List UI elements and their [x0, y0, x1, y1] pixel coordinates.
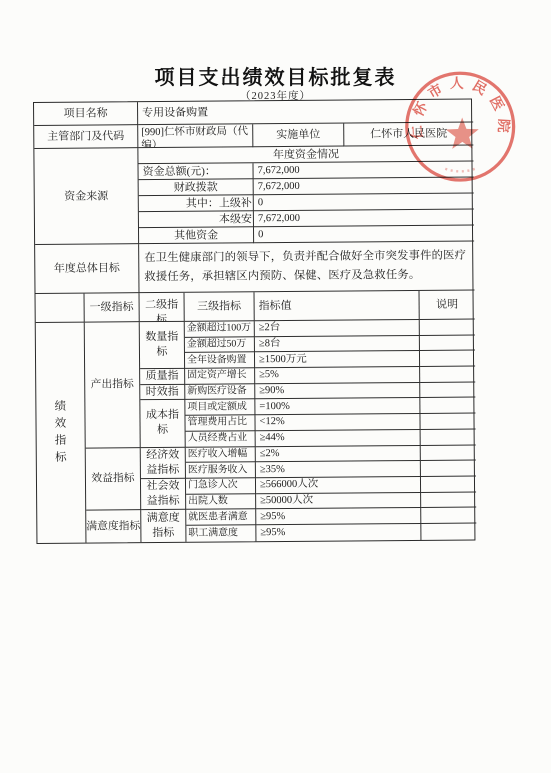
- indicator-value: ≥90%: [255, 383, 420, 400]
- level2-group-text: 满意度指标: [146, 511, 181, 541]
- indicator-note-cell: [420, 320, 475, 336]
- level2-group-quality: 质量指: [140, 369, 185, 385]
- department-label: 主管部门及代码: [34, 125, 138, 149]
- indicator-value: ≥2台: [255, 320, 420, 337]
- indicator-name: 就医患者满意: [186, 510, 256, 526]
- indicator-name: 职工满意度: [186, 525, 256, 541]
- form-table-wrapper: 项目名称 专用设备购置 主管部门及代码 [990]仁怀市财政局（代编） 实施单位…: [33, 99, 475, 544]
- indicator-value: ≥95%: [256, 524, 421, 541]
- indicator-note-cell: [421, 461, 476, 477]
- indicator-note-cell: [420, 382, 475, 398]
- indicator-header-note: 说明: [419, 291, 474, 320]
- document-title: 项目支出绩效目标批复表: [0, 61, 551, 90]
- indicator-note-cell: [420, 414, 475, 430]
- level2-group-social: 社会效益指标: [141, 479, 186, 511]
- performance-indicator-side-text: 绩效指标: [54, 399, 68, 467]
- indicator-value: ≤2%: [256, 445, 421, 462]
- funding-row-label: 其中：上级补: [139, 195, 254, 212]
- indicator-note-cell: [420, 367, 475, 383]
- level2-group-timeliness: 时效指: [140, 385, 185, 401]
- indicator-name: 管理费用占比: [185, 415, 255, 431]
- level2-group-text: 社会效益指标: [145, 479, 180, 509]
- annual-goal-label: 年度总体目标: [35, 244, 139, 294]
- impl-unit-value: 仁怀市人民医院: [344, 123, 473, 147]
- indicator-corner-cell: [36, 294, 85, 323]
- indicator-value: ≥95%: [256, 508, 421, 525]
- indicator-header-level1: 一级指标: [85, 293, 140, 322]
- level2-group-quantity: 数量指标: [140, 322, 185, 369]
- indicator-name: 门急诊人次: [186, 478, 256, 494]
- indicator-name: 人员经费占业: [186, 431, 256, 447]
- indicator-note-cell: [421, 492, 476, 508]
- indicator-value: <12%: [255, 414, 420, 431]
- indicator-name: 新购医疗设备: [185, 384, 255, 400]
- funding-row-label: 财政拨款: [139, 179, 254, 196]
- level1-group-benefit: 效益指标: [86, 448, 141, 511]
- indicator-header-level2-text: 二级指标: [144, 298, 179, 322]
- level2-group-satisfaction: 满意度指标: [141, 510, 186, 542]
- indicator-note-cell: [420, 398, 475, 414]
- scanned-document-page: 项目支出绩效目标批复表 （2023年度） 项目名称 专用设备购置 主管部门及代码…: [0, 0, 551, 773]
- indicator-note-cell: [421, 445, 476, 461]
- indicator-value: ≥1500万元: [255, 351, 420, 368]
- indicator-name: 项目或定额成: [185, 400, 255, 416]
- project-name-value: 专用设备购置: [138, 100, 473, 126]
- indicator-note-cell: [421, 429, 476, 445]
- level1-group-satisfaction: 满意度指标: [86, 510, 141, 542]
- indicator-value: ≥566000人次: [256, 477, 421, 494]
- level2-group-cost: 成本指标: [140, 400, 185, 447]
- level1-group-output: 产出指标: [85, 322, 141, 448]
- indicator-value: ≥35%: [256, 461, 421, 478]
- indicator-name: 医疗服务收入: [186, 462, 256, 478]
- indicator-name: 医疗收入增幅: [186, 447, 256, 463]
- indicator-value: ≥50000人次: [256, 493, 421, 510]
- indicator-name: 固定资产增长: [185, 368, 255, 384]
- level2-group-text: 数量指标: [144, 330, 179, 360]
- department-value: [990]仁怀市财政局（代编）: [138, 124, 253, 148]
- indicator-name: 金额超过100万: [185, 321, 255, 337]
- indicator-header-level3: 三级指标: [185, 292, 255, 322]
- funding-row-value: 0: [254, 194, 474, 212]
- funding-row-value: 7,672,000: [254, 210, 474, 228]
- indicator-note-cell: [421, 508, 476, 524]
- funding-row-label: 本级安: [139, 211, 254, 228]
- indicator-note-cell: [421, 523, 476, 539]
- funding-section-label: 资金来源: [34, 148, 139, 245]
- level2-group-economic: 经济效益指标: [141, 447, 186, 479]
- funding-row-value: 7,672,000: [254, 178, 474, 196]
- annual-goal-text: 在卫生健康部门的领导下，负责并配合做好全市突发事件的医疗救援任务，承担辖区内预防…: [139, 242, 474, 294]
- indicator-header-level2: 二级指标: [140, 293, 185, 322]
- indicator-note-cell: [421, 476, 476, 492]
- indicator-name: 出院人数: [186, 494, 256, 510]
- approval-form-table: 项目名称 专用设备购置 主管部门及代码 [990]仁怀市财政局（代编） 实施单位…: [33, 99, 475, 544]
- level2-group-text: 时效指: [145, 385, 180, 400]
- funding-row-label: 资金总额(元)：: [138, 163, 253, 180]
- indicator-name: 金额超过50万: [185, 337, 255, 353]
- level2-group-text: 质量指: [145, 369, 180, 384]
- indicator-note-cell: [420, 351, 475, 367]
- indicator-value: ≥8台: [255, 336, 420, 353]
- funding-row-value: 0: [254, 226, 474, 244]
- indicator-value: ≥5%: [255, 367, 420, 384]
- indicator-header-value: 指标值: [255, 291, 420, 321]
- level2-group-text: 成本指标: [145, 408, 180, 438]
- indicator-value: ≥44%: [256, 430, 421, 447]
- indicator-note-cell: [420, 335, 475, 351]
- funding-row-label: 其他资金: [139, 227, 254, 244]
- performance-indicator-side-label: 绩效指标: [36, 323, 87, 543]
- level2-group-text: 经济效益指标: [145, 448, 180, 478]
- funding-row-value: 7,672,000: [253, 162, 473, 180]
- indicator-name: 全年设备购置: [185, 353, 255, 369]
- impl-unit-label: 实施单位: [253, 124, 344, 148]
- project-name-label: 项目名称: [34, 102, 138, 126]
- indicator-value: =100%: [255, 398, 420, 415]
